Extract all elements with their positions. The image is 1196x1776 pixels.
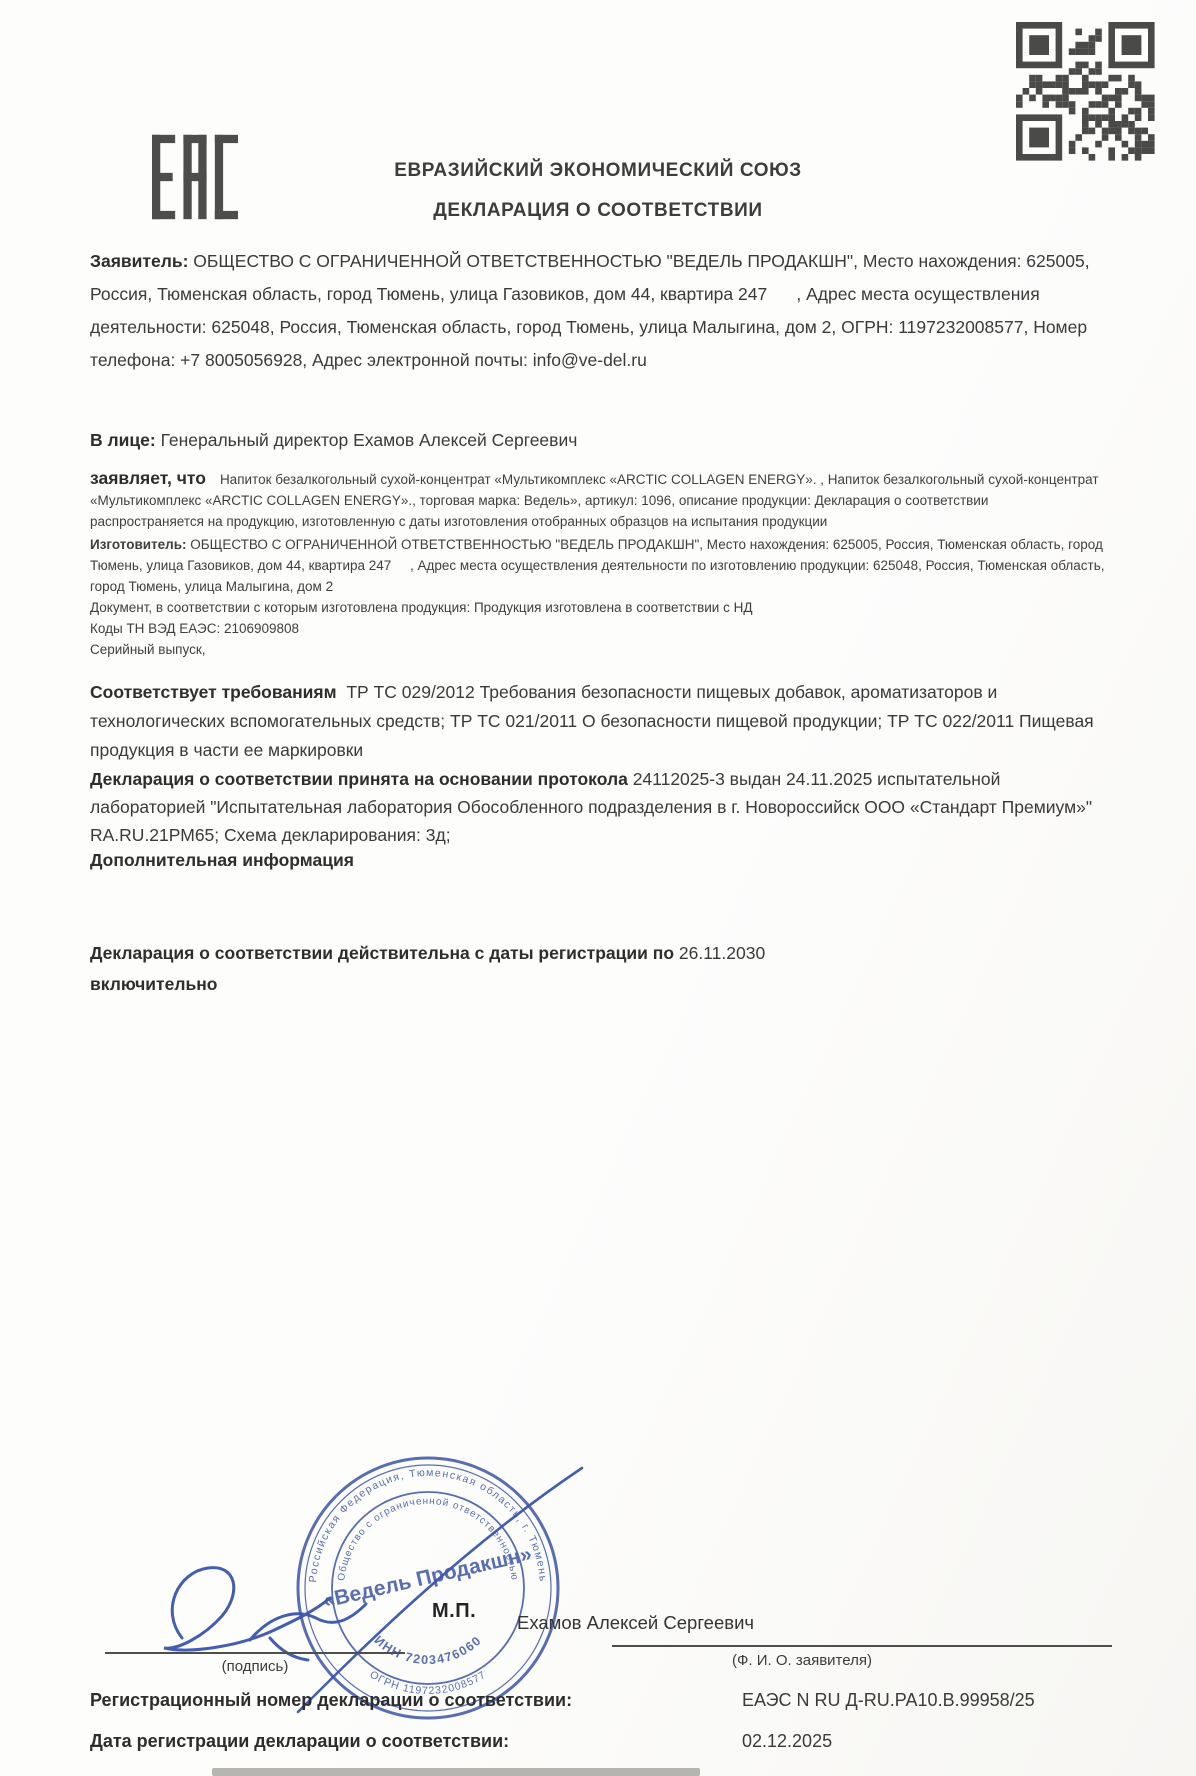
name-caption: (Ф. И. О. заявителя) [612, 1652, 992, 1669]
additional-info-text: Дополнительная информация [90, 850, 354, 870]
doc-title: ДЕКЛАРАЦИЯ О СООТВЕТСТВИИ [0, 200, 1196, 222]
signature-line [105, 1652, 405, 1654]
serial-line: Серийный выпуск, [90, 639, 1106, 660]
company-stamp: Российская Федерация, Тюменская область,… [292, 1452, 564, 1724]
compliance-paragraph: Соответствует требованиям ТР ТС 029/2012… [90, 678, 1104, 765]
name-line [612, 1645, 1112, 1647]
tnved-line: Коды ТН ВЭД ЕАЭС: 2106909808 [90, 618, 1106, 639]
basis-label: Декларация о соответствии принята на осн… [90, 769, 628, 789]
registration-date-label: Дата регистрации декларации о соответств… [90, 1731, 509, 1752]
validity-suffix: включительно [90, 974, 217, 994]
validity-date: 26.11.2030 [674, 943, 765, 963]
declares-block: заявляет, чтоНапиток безалкогольный сухо… [90, 468, 1106, 660]
registration-date-value: 02.12.2025 [742, 1731, 832, 1752]
applicant-label: Заявитель: [90, 251, 188, 271]
applicant-paragraph: Заявитель: ОБЩЕСТВО С ОГРАНИЧЕННОЙ ОТВЕТ… [90, 245, 1104, 377]
mp-seal-label: М.П. [432, 1600, 476, 1623]
scan-artifact [212, 1768, 700, 1776]
manufacturer-label: Изготовитель: [90, 537, 187, 552]
validity-paragraph: Декларация о соответствии действительна … [90, 938, 1104, 1000]
declares-label: заявляет, что [90, 468, 206, 488]
representative-text: Генеральный директор Ехамов Алексей Серг… [156, 430, 578, 450]
compliance-label: Соответствует требованиям [90, 682, 337, 702]
document-line: Документ, в соответствии с которым изгот… [90, 597, 1106, 618]
product-description: заявляет, чтоНапиток безалкогольный сухо… [90, 468, 1106, 532]
qr-code-icon [1012, 16, 1158, 166]
manufacturer-paragraph: Изготовитель: ОБЩЕСТВО С ОГРАНИЧЕННОЙ ОТ… [90, 534, 1106, 597]
validity-label: Декларация о соответствии действительна … [90, 943, 674, 963]
basis-paragraph: Декларация о соответствии принята на осн… [90, 765, 1104, 849]
applicant-name: Ехамов Алексей Сергеевич [517, 1612, 754, 1634]
signature-caption: (подпись) [105, 1658, 405, 1675]
product-text: Напиток безалкогольный сухой-концентрат … [90, 472, 1099, 529]
registration-number-label: Регистрационный номер декларации о соотв… [90, 1690, 572, 1711]
manufacturer-text: ОБЩЕСТВО С ОГРАНИЧЕННОЙ ОТВЕТСТВЕННОСТЬЮ… [90, 537, 1104, 594]
registration-number-value: ЕАЭС N RU Д-RU.РА10.В.99958/25 [742, 1690, 1035, 1711]
representative-line: В лице: Генеральный директор Ехамов Алек… [90, 430, 1104, 451]
declaration-document: ЕВРАЗИЙСКИЙ ЭКОНОМИЧЕСКИЙ СОЮЗ ДЕКЛАРАЦИ… [0, 0, 1196, 1776]
representative-label: В лице: [90, 430, 156, 450]
applicant-text: ОБЩЕСТВО С ОГРАНИЧЕННОЙ ОТВЕТСТВЕННОСТЬЮ… [90, 251, 1090, 370]
union-title: ЕВРАЗИЙСКИЙ ЭКОНОМИЧЕСКИЙ СОЮЗ [0, 160, 1196, 182]
additional-info-label: Дополнительная информация [90, 850, 354, 871]
